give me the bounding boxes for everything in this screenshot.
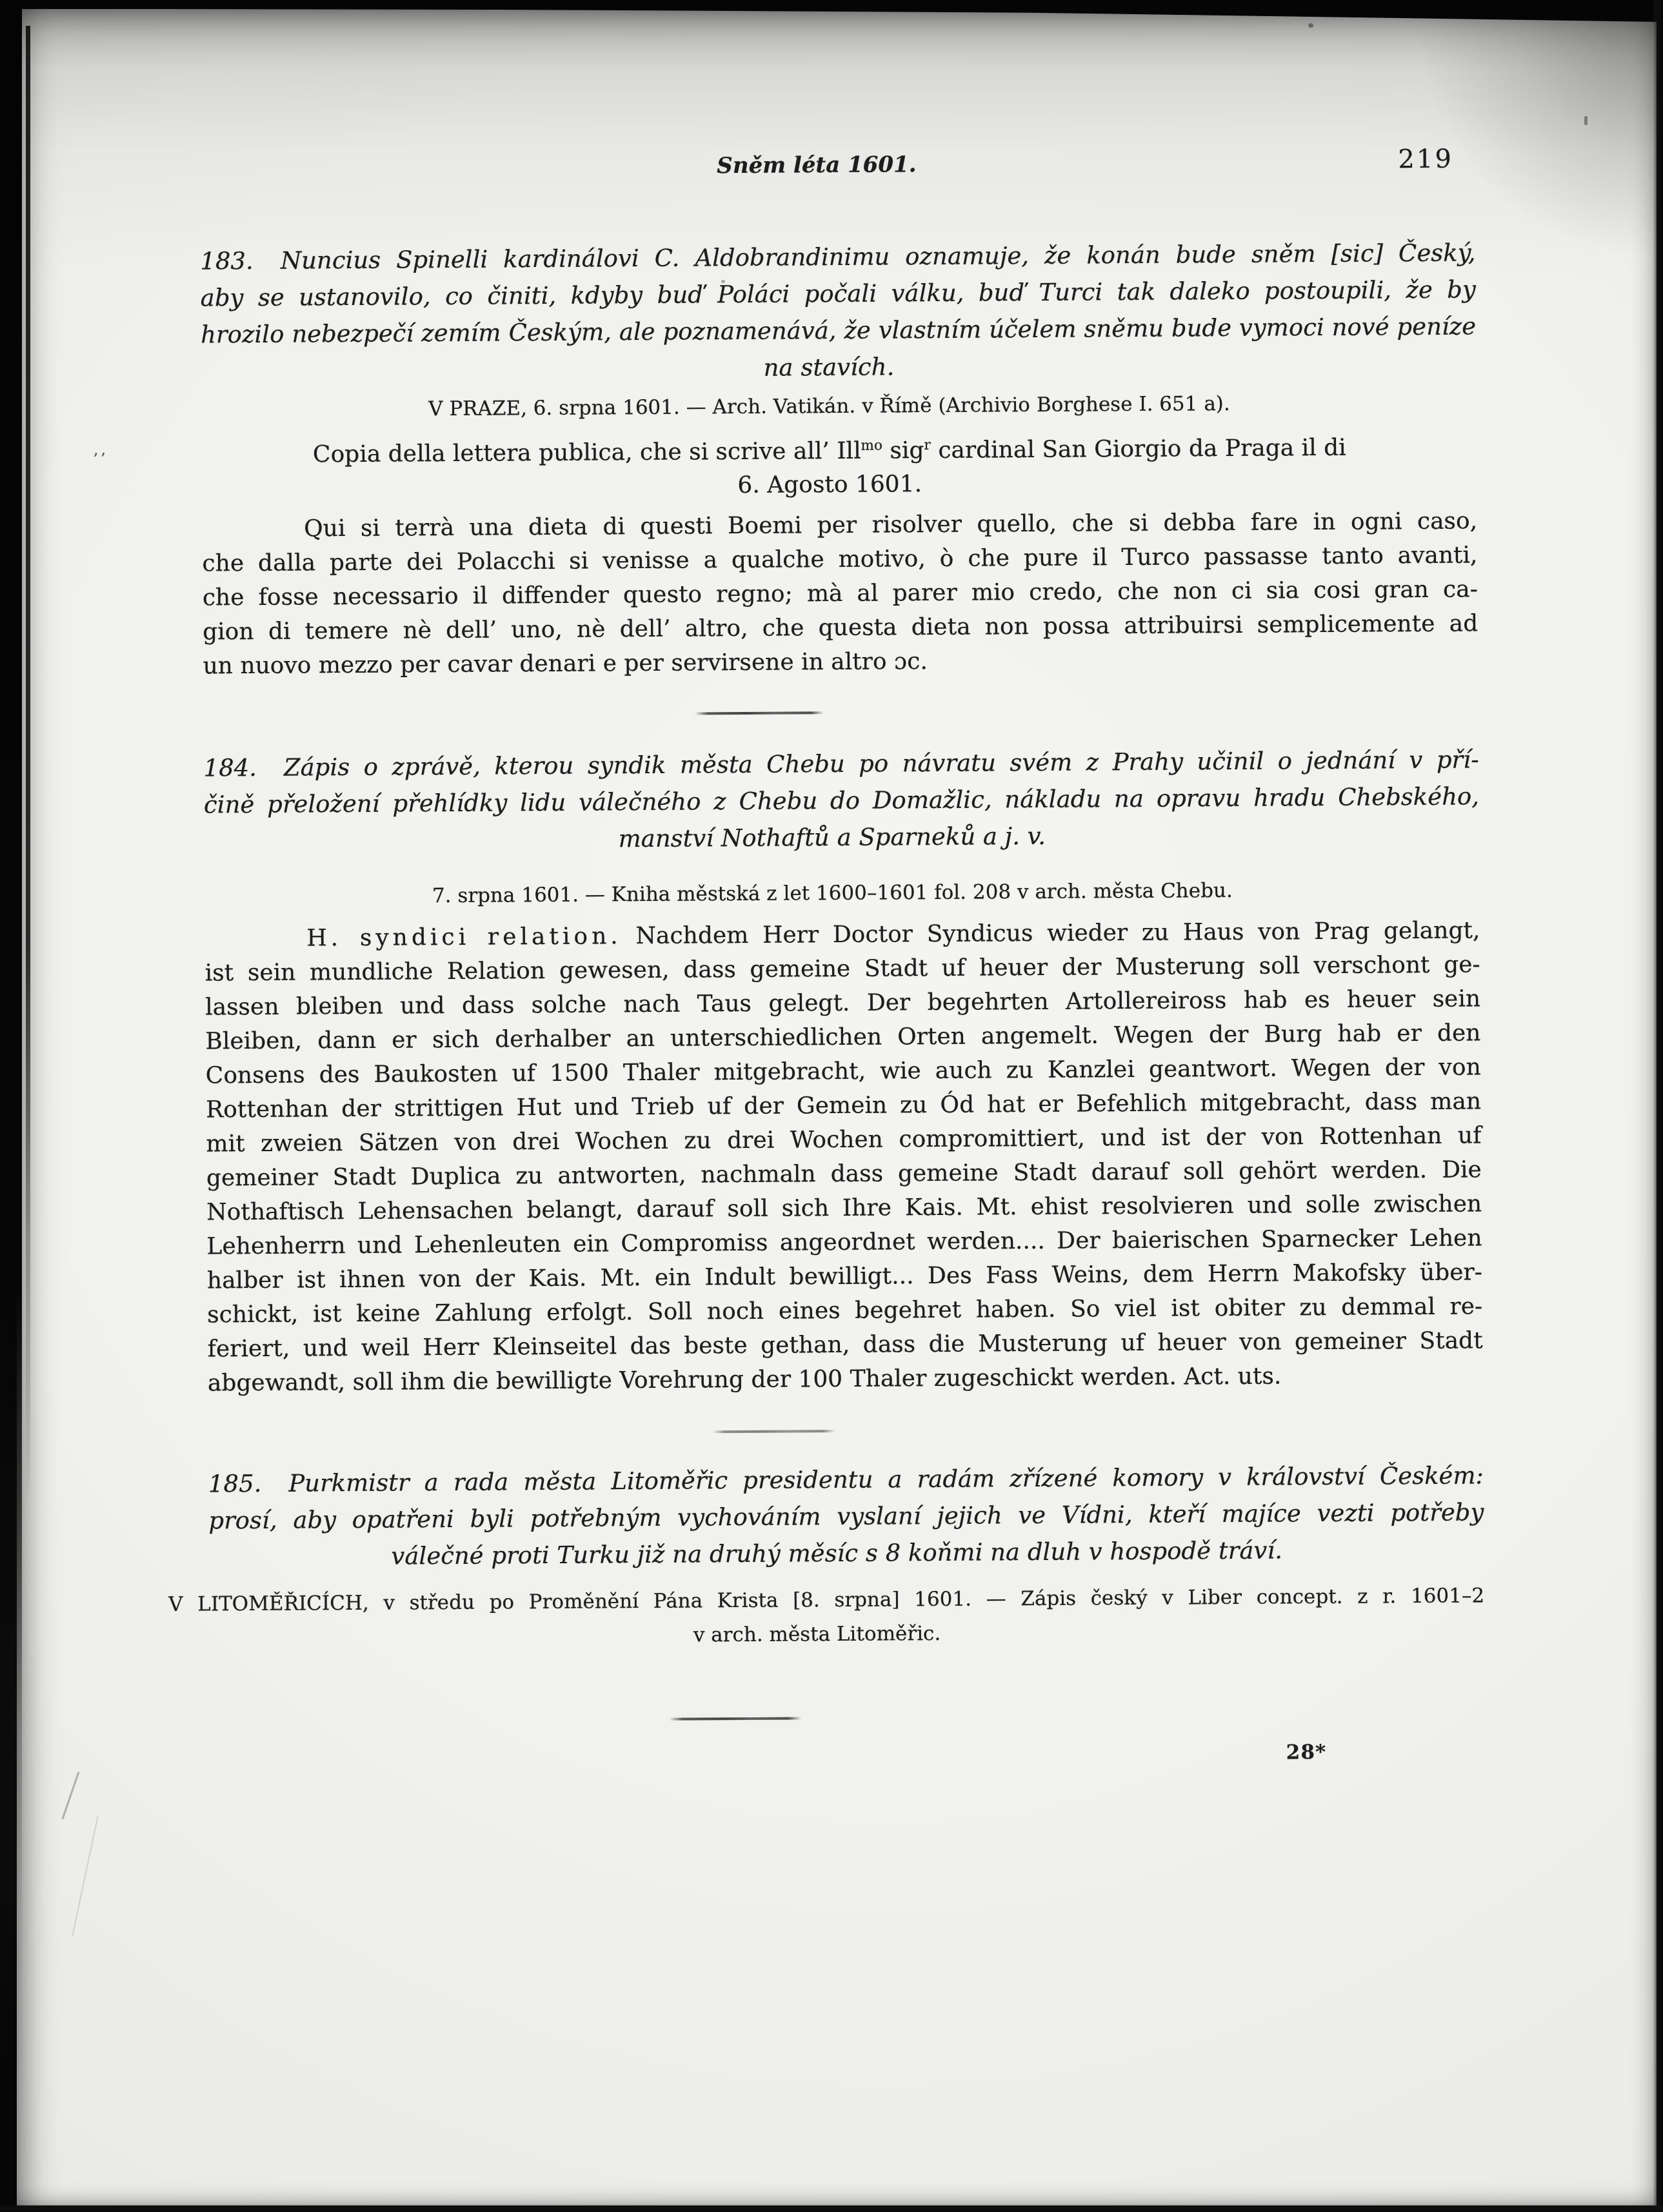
spaced-lead: H. syndici relation. [306, 923, 622, 951]
letter-title-text: cardinal San Giorgio da Praga il di [931, 435, 1346, 464]
lead-rest [622, 923, 636, 949]
entry-number: 183. [200, 247, 254, 275]
scan-border-inner-line [26, 26, 30, 1509]
scan-speck [721, 280, 725, 283]
scanned-book-page: Sněm léta 1601. 219 183.Nuncius Spinelli… [17, 9, 1657, 2206]
entry-184-source: 7. srpna 1601. — Kniha městská z let 160… [204, 876, 1480, 910]
entry-183-letter-title: Copia della lettera publica, che si scri… [201, 430, 1477, 506]
section-divider [712, 1430, 835, 1433]
scan-border-right [1653, 0, 1663, 2212]
entry-184-heading: 184.Zápis o zprávě, kterou syndik města … [203, 741, 1479, 860]
heading-text: Zápis o zprávě, kterou syndik města Cheb… [284, 746, 1479, 781]
scan-speck [1308, 23, 1313, 28]
entry-183-heading: 183.Nuncius Spinelli kardinálovi C. Aldo… [200, 234, 1476, 390]
signature-mark: 28* [1286, 1741, 1327, 1764]
entry-185-source: V LITOMĚŘICÍCH, v středu po Proměnění Pá… [168, 1579, 1485, 1656]
section-divider [695, 711, 824, 715]
paragraph-text: Nachdem Herr Doctor Syndicus wieder zu H… [635, 917, 1480, 949]
entry-number: 185. [208, 1470, 262, 1498]
entry-183-body: Qui si terrà una dieta di questi Boemi p… [202, 504, 1479, 683]
running-header: Sněm léta 1601. [179, 148, 1454, 183]
heading-text: Purkmistr a rada města Litoměřic preside… [288, 1461, 1484, 1497]
scan-border-bottom [0, 2204, 1663, 2212]
letter-title-text: sig [882, 437, 924, 464]
page-number: 219 [1398, 144, 1453, 175]
entry-184-body: H. syndici relation. Nachdem Herr Doctor… [204, 913, 1483, 1400]
entry-number: 184. [203, 754, 257, 782]
superscript: r [924, 437, 930, 453]
scan-speck [1584, 116, 1588, 125]
margin-tick-artifact: ’’ [93, 449, 108, 468]
heading-text: Nuncius Spinelli kardinálovi C. Aldobran… [281, 239, 1476, 274]
page-content: Sněm léta 1601. 219 183.Nuncius Spinelli… [17, 9, 1657, 2206]
entry-183-source: V PRAZE, 6. srpna 1601. — Arch. Vatikán.… [201, 389, 1477, 423]
letter-title-text: Copia della lettera publica, che si scri… [313, 438, 861, 468]
superscript: mo [861, 438, 882, 454]
entry-185-heading: 185.Purkmistr a rada města Litoměřic pre… [208, 1457, 1484, 1575]
section-divider [669, 1717, 801, 1720]
heading-line: válečné proti Turku již na druhý měsíc s… [209, 1530, 1484, 1575]
scan-border-left [0, 0, 22, 2212]
